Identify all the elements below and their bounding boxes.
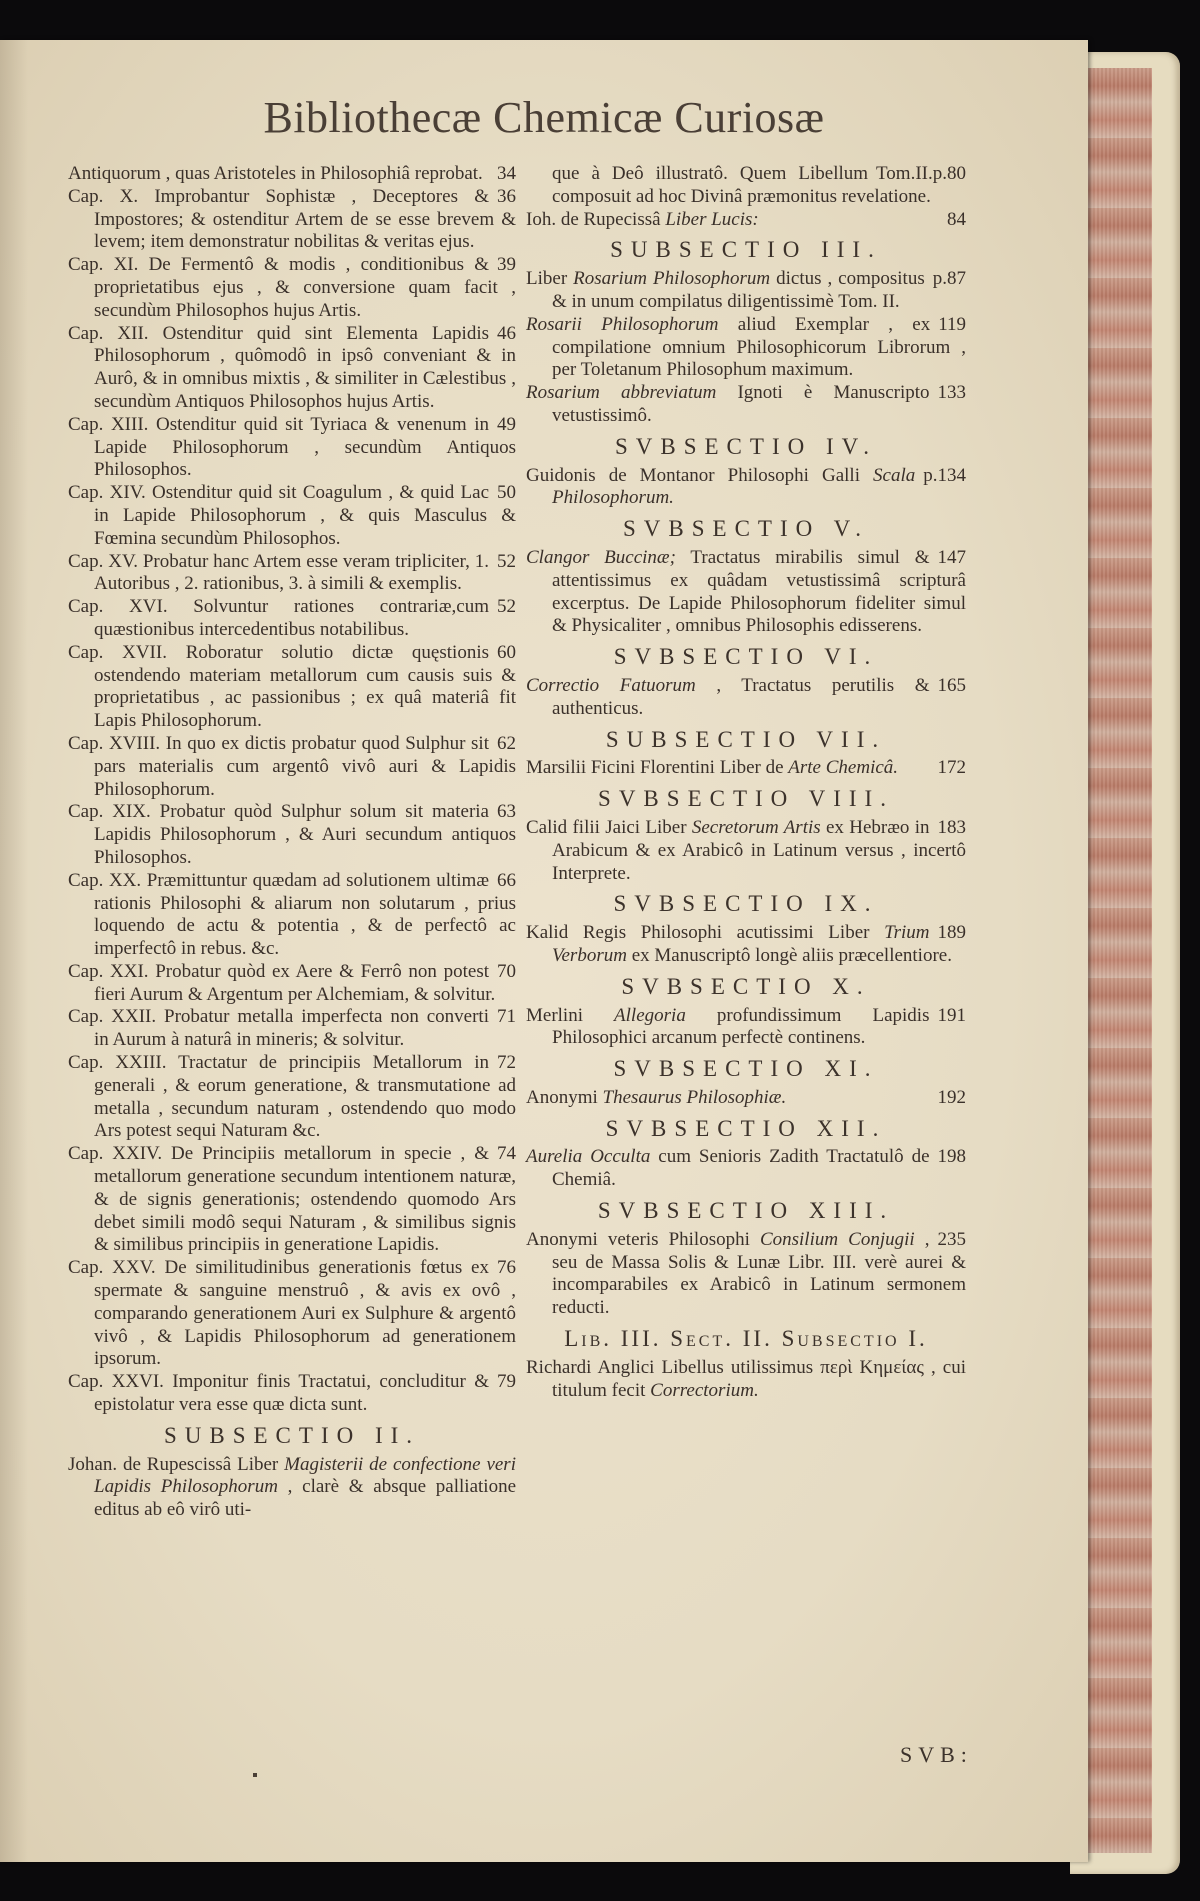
entry-title-italic: Aurelia Occulta [526,1146,650,1167]
subsection-heading: SVBSECTIO XI. [526,1058,966,1081]
entry-title-italic: Liber Lucis: [665,209,758,230]
toc-entry: 52Cap. XVI. Solvuntur rationes contrariæ… [68,596,516,642]
page-number: 72 [489,1052,516,1075]
entry-text: Cap. XIV. Ostenditur quid sit Coagulum ,… [68,482,516,549]
entry-title-italic: Rosarii Philosophorum [526,314,718,335]
subsection-heading: SVBSECTIO IX. [526,893,966,916]
entry-text: Cap. XVII. Roboratur solutio dictæ quęst… [68,642,516,731]
entry-text: Cap. XXVI. Imponitur finis Tractatui, co… [68,1371,489,1415]
page-number: 147 [930,547,967,570]
entry-text: Cap. XXV. De similitudinibus generationi… [68,1257,516,1369]
toc-entry: 165Correctio Fatuorum , Tractatus peruti… [526,675,966,721]
entry-text: Cap. XX. Præmittuntur quædam ad solution… [68,870,516,959]
entry-text: Antiquorum , quas Aristoteles in Philoso… [68,163,483,184]
right-column: Tom.II.p.80 que à Deô illustratô. Quem L… [526,163,966,1402]
page-number: 46 [489,323,516,346]
entry-text: Cap. XIX. Probatur quòd Sulphur solum si… [68,801,516,868]
left-column: 34Antiquorum , quas Aristoteles in Philo… [68,163,516,1522]
toc-entry: 147Clangor Buccinæ; Tractatus mirabilis … [526,547,966,638]
toc-entry: p.134Guidonis de Montanor Philosophi Gal… [526,465,966,511]
entry-title-italic: Rosarium Philosophorum [573,268,770,289]
entry-title-italic: Rosarium abbreviatum [526,382,716,403]
page-number: 84 [939,209,966,232]
toc-entry: p.87Liber Rosarium Philosophorum dictus … [526,268,966,314]
toc-entry: 62Cap. XVIII. In quo ex dictis probatur … [68,733,516,801]
entry-text: Cap. XV. Probatur hanc Artem esse veram … [68,551,489,595]
page-number: 36 [489,186,516,209]
entry-text: Merlini [526,1005,614,1026]
subsection-heading: SVBSECTIO XII. [526,1118,966,1141]
toc-entry: Johan. de Rupescissâ Liber Magisterii de… [68,1454,516,1522]
toc-entry: 172Marsilii Ficini Florentini Liber de A… [526,757,966,780]
subsection-heading: SUBSECTIO III. [526,239,966,262]
page-number: 183 [930,817,967,840]
page-number: 133 [930,382,967,405]
entry-text: Cap. XXI. Probatur quòd ex Aere & Ferrô … [68,961,495,1005]
entry-text: Cap. XI. De Fermentô & modis , condition… [68,254,516,321]
toc-entry: Richardi Anglici Libellus utilissimus πε… [526,1357,966,1403]
entry-text: Calid filii Jaici Liber [526,817,692,838]
page-number: 76 [489,1257,516,1280]
page-number: 52 [489,596,516,619]
entry-text: Marsilii Ficini Florentini Liber de [526,757,788,778]
entry-text: Cap. XII. Ostenditur quid sint Elementa … [68,323,516,412]
entry-title-italic: Correctio Fatuorum [526,675,696,696]
toc-entry: 63Cap. XIX. Probatur quòd Sulphur solum … [68,801,516,869]
book-page: Bibliothecæ Chemicæ Curiosæ 34Antiquorum… [0,40,1088,1862]
subsection-heading: SUBSECTIO VII. [526,729,966,752]
subsection-heading: SUBSECTIO II. [68,1425,516,1448]
page-number: 62 [489,733,516,756]
lib-section-heading: Lib. III. Sect. II. Subsectio I. [526,1328,966,1351]
subsection-heading: SVBSECTIO VIII. [526,788,966,811]
toc-entry: 189Kalid Regis Philosophi acutissimi Lib… [526,922,966,968]
entry-text: Cap. XVIII. In quo ex dictis probatur qu… [68,733,516,800]
page-number: 74 [489,1143,516,1166]
page-number: 165 [930,675,967,698]
entry-text: Anonymi [526,1087,603,1108]
toc-entry: 36Cap. X. Improbantur Sophistæ , Decepto… [68,186,516,254]
toc-entry: 192Anonymi Thesaurus Philosophiæ. [526,1087,966,1110]
entry-text: Guidonis de Montanor Philosophi Galli [526,465,873,486]
entry-title-italic: Allegoria [614,1005,686,1026]
right-sections-list: SUBSECTIO III.p.87Liber Rosarium Philoso… [526,239,966,1320]
page-number: 191 [930,1005,967,1028]
toc-entry: 34Antiquorum , quas Aristoteles in Philo… [68,163,516,186]
entry-title-italic: Thesaurus Philosophiæ. [603,1087,787,1108]
entry-text: Kalid Regis Philosophi acutissimi Liber [526,922,884,943]
entry-title-italic: Correctorium. [650,1380,759,1401]
toc-entry: 39Cap. XI. De Fermentô & modis , conditi… [68,254,516,322]
left-entries-list: 34Antiquorum , quas Aristoteles in Philo… [68,163,516,1417]
page-number: Tom.II.p.80 [868,163,966,186]
page-number: 52 [489,551,516,574]
entry-text: Anonymi veteris Philosophi [526,1229,760,1250]
page-number: 119 [930,314,966,337]
catchword: SVB: [900,1742,973,1768]
page-number: 70 [489,961,516,984]
page-number: 192 [930,1087,967,1110]
toc-entry: Tom.II.p.80 que à Deô illustratô. Quem L… [526,163,966,209]
page-number: 39 [489,254,516,277]
subsection-heading: SVBSECTIO XIII. [526,1200,966,1223]
toc-entry: 76Cap. XXV. De similitudinibus generatio… [68,1257,516,1371]
toc-entry: 49Cap. XIII. Ostenditur quid sit Tyriaca… [68,414,516,482]
toc-entry: 84 Ioh. de Rupecissâ Liber Lucis: [526,209,966,232]
entry-text: Cap. XXII. Probatur metalla imperfecta n… [68,1006,489,1050]
entry-text: Liber [526,268,573,289]
page-number: p.87 [925,268,966,291]
page-number: p.134 [915,465,966,488]
entry-text: ex Manuscriptô longè aliis præcellentior… [627,945,952,966]
running-title: Bibliothecæ Chemicæ Curiosæ [0,92,1088,143]
entry-text: Ioh. de Rupecissâ [526,209,665,230]
entry-text: Cap. XXIV. De Principiis metallorum in s… [68,1143,516,1255]
toc-entry: 74Cap. XXIV. De Principiis metallorum in… [68,1143,516,1257]
page-number: 63 [489,801,516,824]
entry-title-italic: Clangor Buccinæ; [526,547,676,568]
subsection-heading: SVBSECTIO VI. [526,646,966,669]
toc-entry: 119Rosarii Philosophorum aliud Exemplar … [526,314,966,382]
toc-entry: 198Aurelia Occulta cum Senioris Zadith T… [526,1146,966,1192]
toc-entry: 191Merlini Allegoria profundissimum Lapi… [526,1005,966,1051]
toc-entry: 235Anonymi veteris Philosophi Consilium … [526,1229,966,1320]
page-number: 235 [930,1229,967,1252]
entry-text: Cap. XXIII. Tractatur de principiis Meta… [68,1052,516,1141]
page-number: 71 [489,1006,516,1029]
page-number: 34 [489,163,516,186]
page-number: 60 [489,642,516,665]
toc-entry: 71Cap. XXII. Probatur metalla imperfecta… [68,1006,516,1052]
page-number: 49 [489,414,516,437]
entry-title-italic: Secretorum Artis [692,817,821,838]
toc-entry: 72Cap. XXIII. Tractatur de principiis Me… [68,1052,516,1143]
toc-entry: 66Cap. XX. Præmittuntur quædam ad soluti… [68,870,516,961]
toc-entry: 60Cap. XVII. Roboratur solutio dictæ quę… [68,642,516,733]
entry-title-italic: Arte Chemicâ. [788,757,898,778]
entry-text: Cap. XIII. Ostenditur quid sit Tyriaca &… [68,414,516,481]
toc-entry: 46Cap. XII. Ostenditur quid sint Element… [68,323,516,414]
toc-entry: 79Cap. XXVI. Imponitur finis Tractatui, … [68,1371,516,1417]
page-number: 172 [930,757,967,780]
page-number: 66 [489,870,516,893]
subsection-heading: SVBSECTIO IV. [526,436,966,459]
red-sprinkled-fore-edge [1085,68,1152,1853]
page-number: 198 [930,1146,967,1169]
entry-text: Cap. X. Improbantur Sophistæ , Deceptore… [68,186,516,253]
printer-mark [253,1773,257,1777]
entry-title-italic: Consilium Conjugii [760,1229,915,1250]
toc-entry: 70Cap. XXI. Probatur quòd ex Aere & Ferr… [68,961,516,1007]
subsection-heading: SVBSECTIO V. [526,518,966,541]
page-number: 189 [930,922,967,945]
toc-entry: 50Cap. XIV. Ostenditur quid sit Coagulum… [68,482,516,550]
entry-text: Johan. de Rupescissâ Liber [68,1454,284,1475]
page-number: 79 [489,1371,516,1394]
toc-entry: 52Cap. XV. Probatur hanc Artem esse vera… [68,551,516,597]
entry-text: Cap. XVI. Solvuntur rationes contrariæ,c… [68,596,489,640]
toc-entry: 133Rosarium abbreviatum Ignoti è Manuscr… [526,382,966,428]
page-number: 50 [489,482,516,505]
subsection-heading: SVBSECTIO X. [526,976,966,999]
toc-entry: 183Calid filii Jaici Liber Secretorum Ar… [526,817,966,885]
